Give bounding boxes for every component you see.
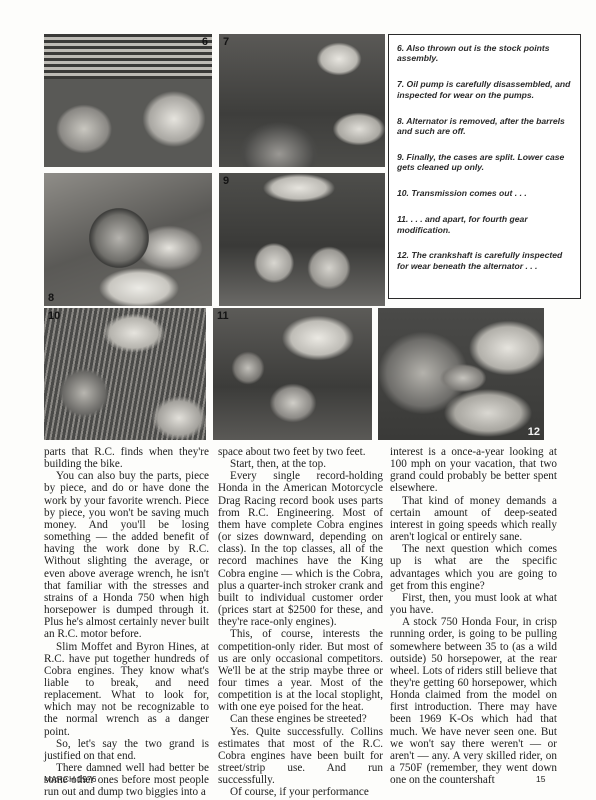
photo-7-oil-pump: 7 <box>219 34 385 167</box>
paragraph: interest is a once-a-year looking at 100… <box>390 446 557 495</box>
photo-image <box>44 34 212 167</box>
caption-10: 10. Transmission comes out . . . <box>397 188 574 198</box>
paragraph: parts that R.C. finds when they're build… <box>44 446 209 470</box>
photo-image <box>213 308 372 440</box>
photo-image <box>44 173 212 306</box>
photo-image <box>219 173 385 306</box>
caption-7: 7. Oil pump is carefully disassembled, a… <box>397 79 574 100</box>
caption-6: 6. Also thrown out is the stock points a… <box>397 43 574 64</box>
paragraph: A stock 750 Honda Four, in crisp running… <box>390 616 557 786</box>
photo-captions-box: 6. Also thrown out is the stock points a… <box>388 34 581 299</box>
caption-8: 8. Alternator is removed, after the barr… <box>397 116 574 137</box>
photo-number: 8 <box>48 292 54 304</box>
paragraph: That kind of money demands a certain amo… <box>390 495 557 544</box>
paragraph: First, then, you must look at what you h… <box>390 592 557 616</box>
page-number: 15 <box>536 774 545 784</box>
paragraph: Can these engines be streeted? <box>218 713 383 725</box>
photo-image <box>219 34 385 167</box>
photo-image <box>378 308 544 440</box>
paragraph: The next question which comes up is what… <box>390 543 557 592</box>
article-column-1: parts that R.C. finds when they're build… <box>44 446 209 799</box>
photo-number: 6 <box>202 36 208 48</box>
photo-10-transmission: 10 <box>44 308 206 440</box>
photo-number: 12 <box>528 426 540 438</box>
paragraph: Yes. Quite successfully. Collins estimat… <box>218 726 383 787</box>
paragraph: Start, then, at the top. <box>218 458 383 470</box>
issue-date: MARCH 1976 <box>44 774 96 784</box>
photo-number: 9 <box>223 175 229 187</box>
photo-9-cases-split: 9 <box>219 173 385 306</box>
caption-11: 11. . . . and apart, for fourth gear mod… <box>397 214 574 235</box>
paragraph: Every single record-holding Honda in the… <box>218 470 383 628</box>
paragraph: So, let's say the two grand is justified… <box>44 738 209 762</box>
photo-8-alternator: 8 <box>44 173 212 306</box>
article-column-3: interest is a once-a-year looking at 100… <box>390 446 557 786</box>
paragraph: space about two feet by two feet. <box>218 446 383 458</box>
caption-9: 9. Finally, the cases are split. Lower c… <box>397 152 574 173</box>
photo-number: 11 <box>217 310 229 322</box>
paragraph: This, of course, interests the competiti… <box>218 628 383 713</box>
caption-12: 12. The crankshaft is carefully inspecte… <box>397 250 574 271</box>
photo-12-crankshaft: 12 <box>378 308 544 440</box>
photo-number: 10 <box>48 310 60 322</box>
paragraph: Of course, if your performance <box>218 786 383 798</box>
photo-11-gear-modification: 11 <box>213 308 372 440</box>
article-column-2: space about two feet by two feet. Start,… <box>218 446 383 799</box>
paragraph: Slim Moffet and Byron Hines, at R.C. hav… <box>44 641 209 738</box>
photo-number: 7 <box>223 36 229 48</box>
photo-image <box>44 308 206 440</box>
photo-6-stock-points: 6 <box>44 34 212 167</box>
paragraph: You can also buy the parts, piece by pie… <box>44 470 209 640</box>
